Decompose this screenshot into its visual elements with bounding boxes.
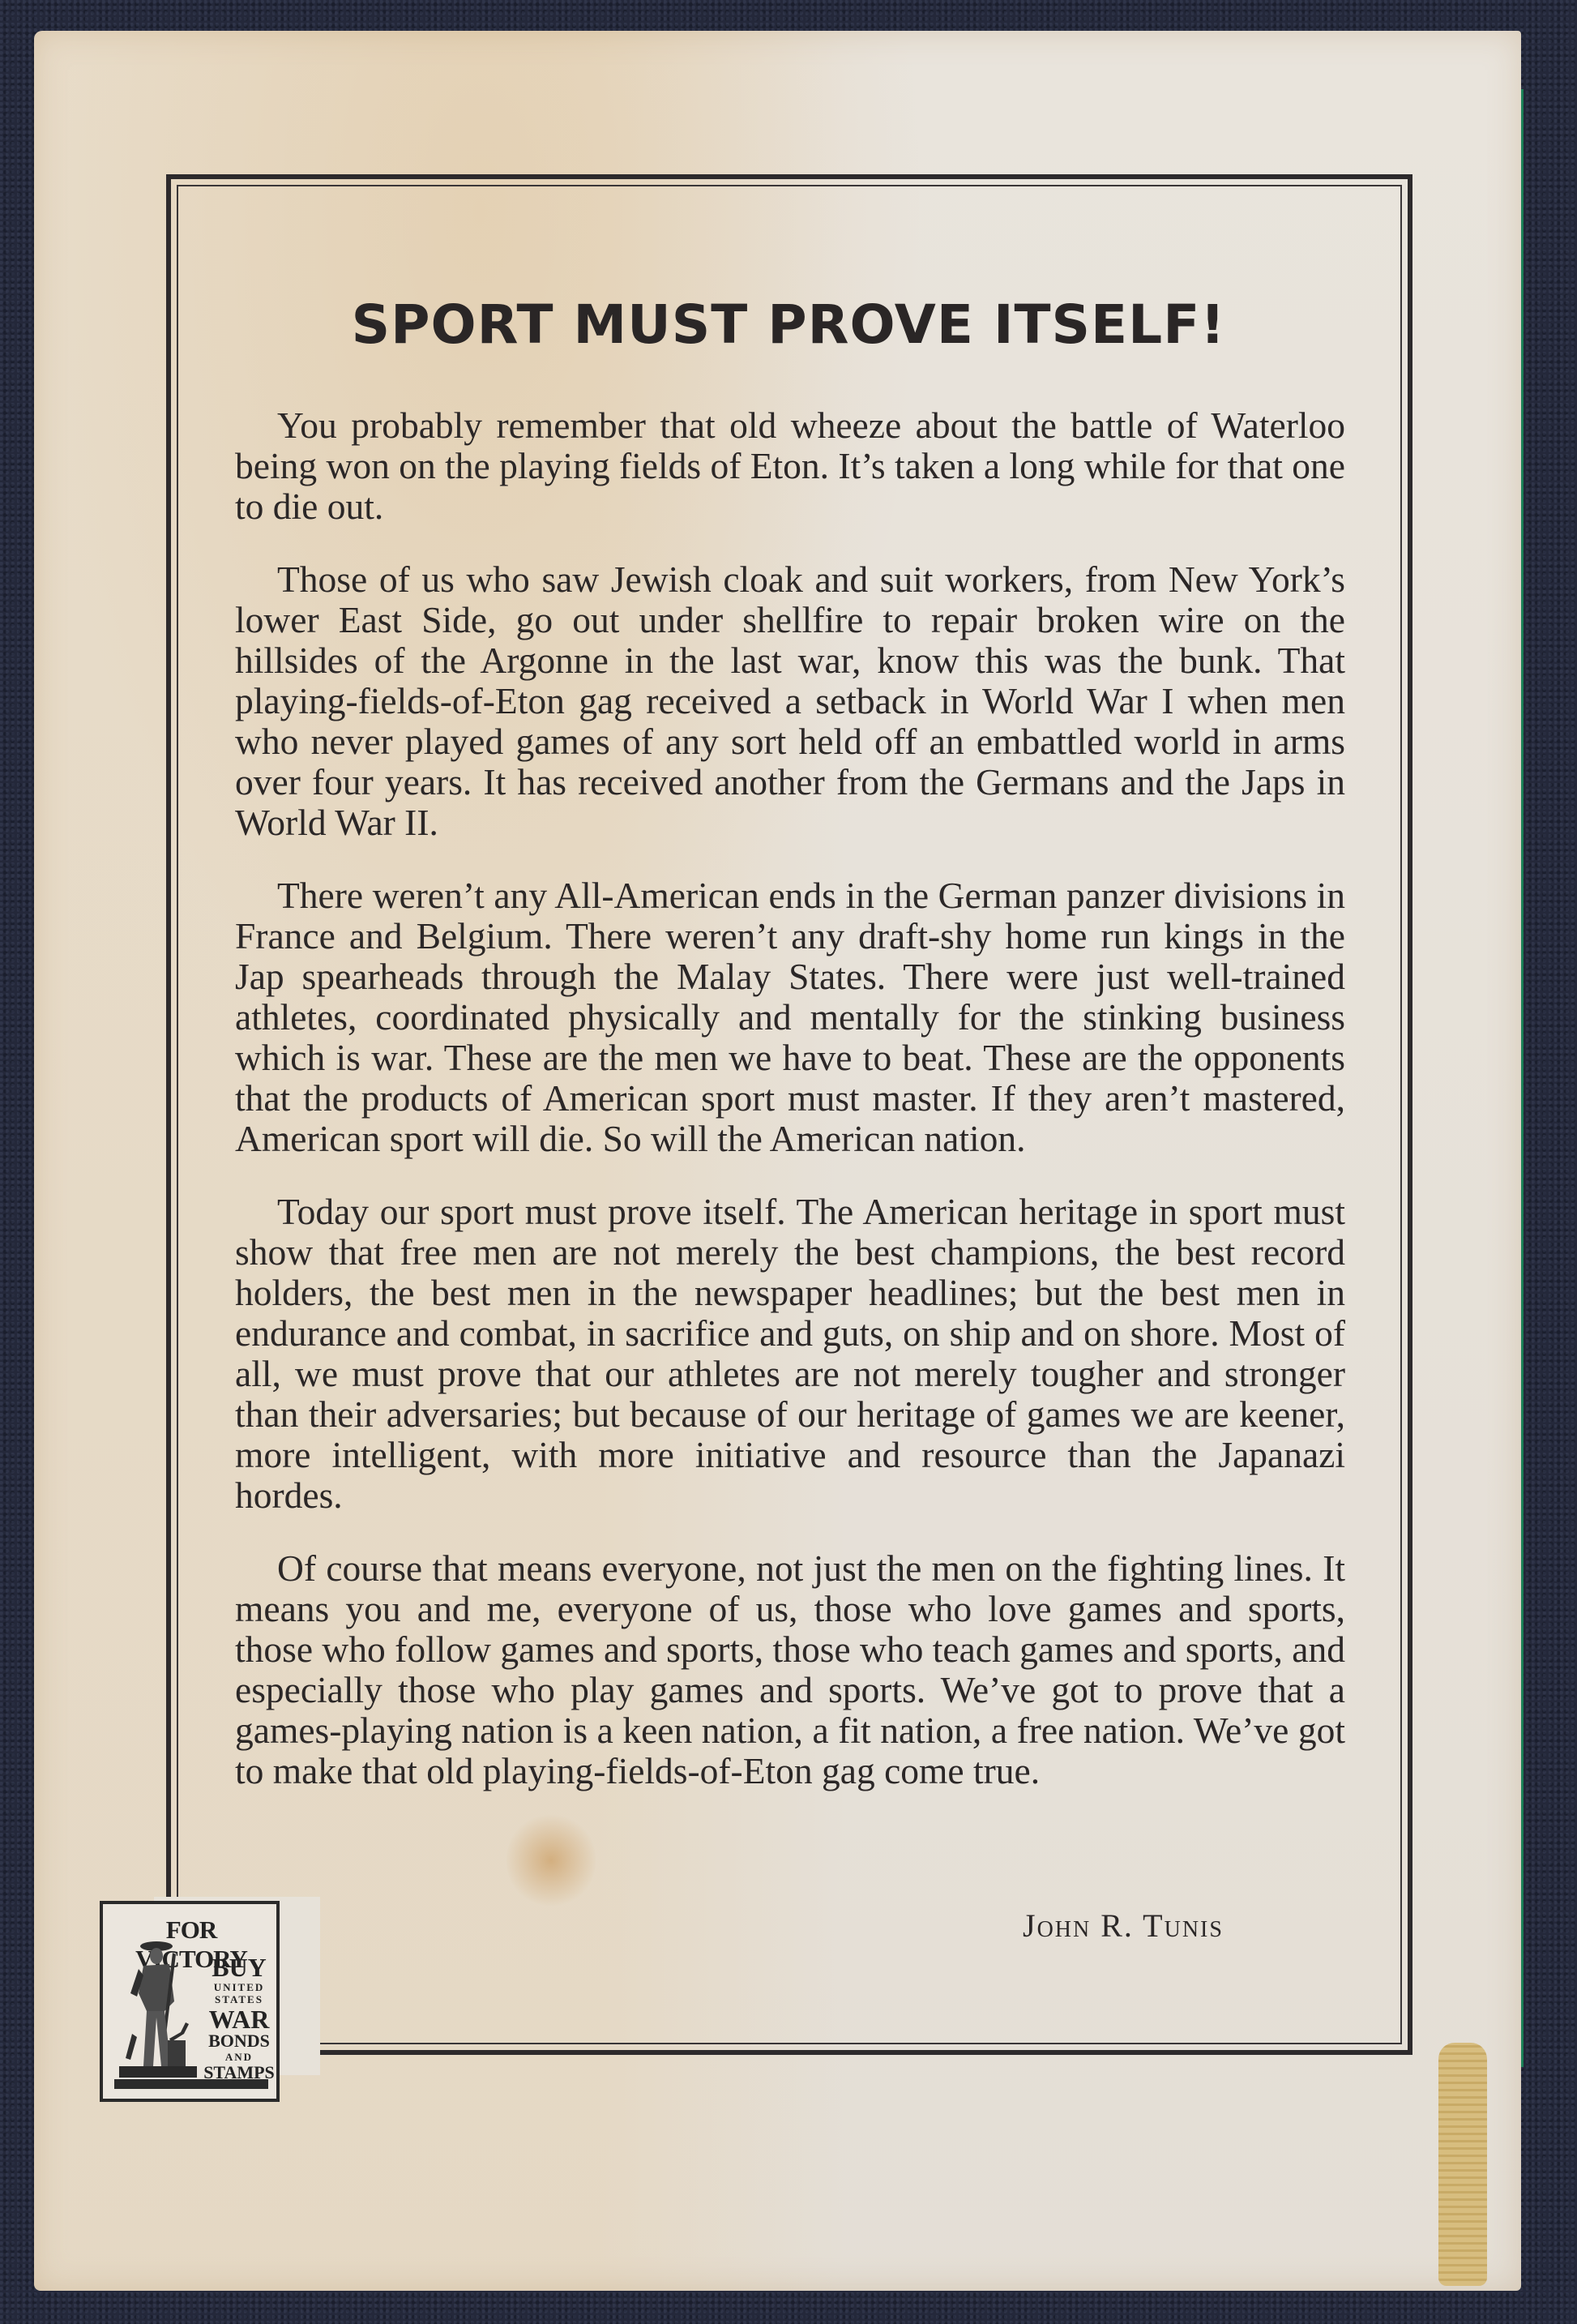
paragraph: Of course that means everyone, not just … xyxy=(235,1548,1345,1791)
paragraph: Today our sport must prove itself. The A… xyxy=(235,1192,1345,1516)
stamp-base-bar xyxy=(114,2079,268,2089)
paragraph: Those of us who saw Jewish cloak and sui… xyxy=(235,559,1345,843)
war-bonds-stamp: FOR VICTORY BUY UNITED STATES WAR BONDS … xyxy=(100,1901,280,2102)
author-signature: John R. Tunis xyxy=(1023,1907,1224,1945)
stamp-slogan: BUY UNITED STATES WAR BONDS AND STAMPS xyxy=(199,1954,280,2082)
torn-corner-binding xyxy=(1438,2043,1487,2286)
essay-body: You probably remember that old wheeze ab… xyxy=(235,405,1345,1824)
paragraph: You probably remember that old wheeze ab… xyxy=(235,405,1345,527)
water-stain xyxy=(506,1812,596,1909)
minuteman-statue-icon xyxy=(114,1937,203,2086)
page-title: SPORT MUST PROVE ITSELF! xyxy=(0,293,1577,356)
paragraph: There weren’t any All-American ends in t… xyxy=(235,875,1345,1159)
